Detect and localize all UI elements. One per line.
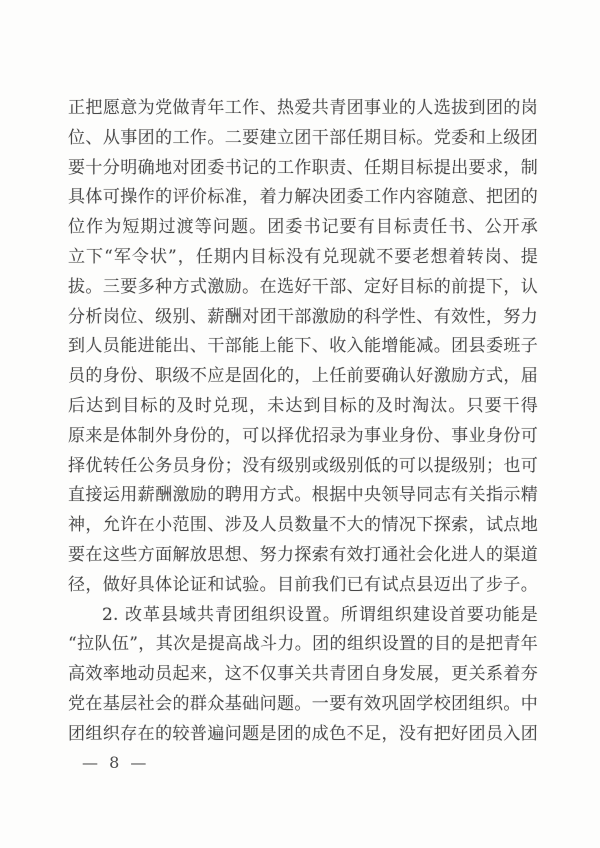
text-line: 团组织存在的较普遍问题是团的成色不足，没有把好团员入团: [68, 720, 538, 750]
text-line: “拉队伍”，其次是提高战斗力。团的组织设置的目的是把青年: [68, 630, 538, 660]
text-line: 要在这些方面解放思想、努力探索有效打通社会化进人的渠道路: [68, 541, 538, 571]
text-line: 位作为短期过渡等问题。团委书记要有目标责任书、公开承诺、: [68, 213, 538, 243]
page-number: — 8 —: [82, 753, 149, 772]
text-line: 后达到目标的及时兑现，未达到目标的及时淘汰。只要干得好，: [68, 392, 538, 422]
text-line: 分析岗位、级别、薪酬对团干部激励的科学性、有效性，努力做: [68, 303, 538, 333]
text-line: 要十分明确地对团委书记的工作职责、任期目标提出要求，制定: [68, 154, 538, 184]
text-line: 神，允许在小范围、涉及人员数量不大的情况下探索，试点地区: [68, 511, 538, 541]
page-footer: — 8 —: [82, 752, 149, 774]
text-line: 到人员能进能出、干部能上能下、收入能增能减。团县委班子成: [68, 332, 538, 362]
text-line-paragraph-start: 2. 改革县域共青团组织设置。所谓组织建设首要功能是: [68, 601, 538, 631]
text-line: 径，做好具体论证和试验。目前我们已有试点县迈出了步子。: [68, 571, 538, 601]
text-line: 立下“军令状”，任期内目标没有兑现就不要老想着转岗、提: [68, 243, 538, 273]
text-line: 原来是体制外身份的，可以择优招录为事业身份、事业身份可以: [68, 422, 538, 452]
text-line: 拔。三要多种方式激励。在选好干部、定好目标的前提下，认真: [68, 273, 538, 303]
text-line: 正把愿意为党做青年工作、热爱共青团事业的人选拔到团的岗: [68, 94, 538, 124]
text-line: 具体可操作的评价标准，着力解决团委工作内容随意、把团的岗: [68, 183, 538, 213]
document-page: 正把愿意为党做青年工作、热爱共青团事业的人选拔到团的岗 位、从事团的工作。二要建…: [0, 0, 600, 848]
text-line: 位、从事团的工作。二要建立团干部任期目标。党委和上级团委: [68, 124, 538, 154]
text-line: 员的身份、职级不应是固化的，上任前要确认好激励方式，届满: [68, 362, 538, 392]
text-line: 党在基层社会的群众基础问题。一要有效巩固学校团组织。中学: [68, 690, 538, 720]
text-line: 高效率地动员起来，这不仅事关共青团自身发展，更关系着夯实: [68, 660, 538, 690]
body-text: 正把愿意为党做青年工作、热爱共青团事业的人选拔到团的岗 位、从事团的工作。二要建…: [68, 94, 538, 750]
text-line: 择优转任公务员身份；没有级别或级别低的可以提级别；也可以: [68, 452, 538, 482]
text-line: 直接运用薪酬激励的聘用方式。根据中央领导同志有关指示精: [68, 481, 538, 511]
